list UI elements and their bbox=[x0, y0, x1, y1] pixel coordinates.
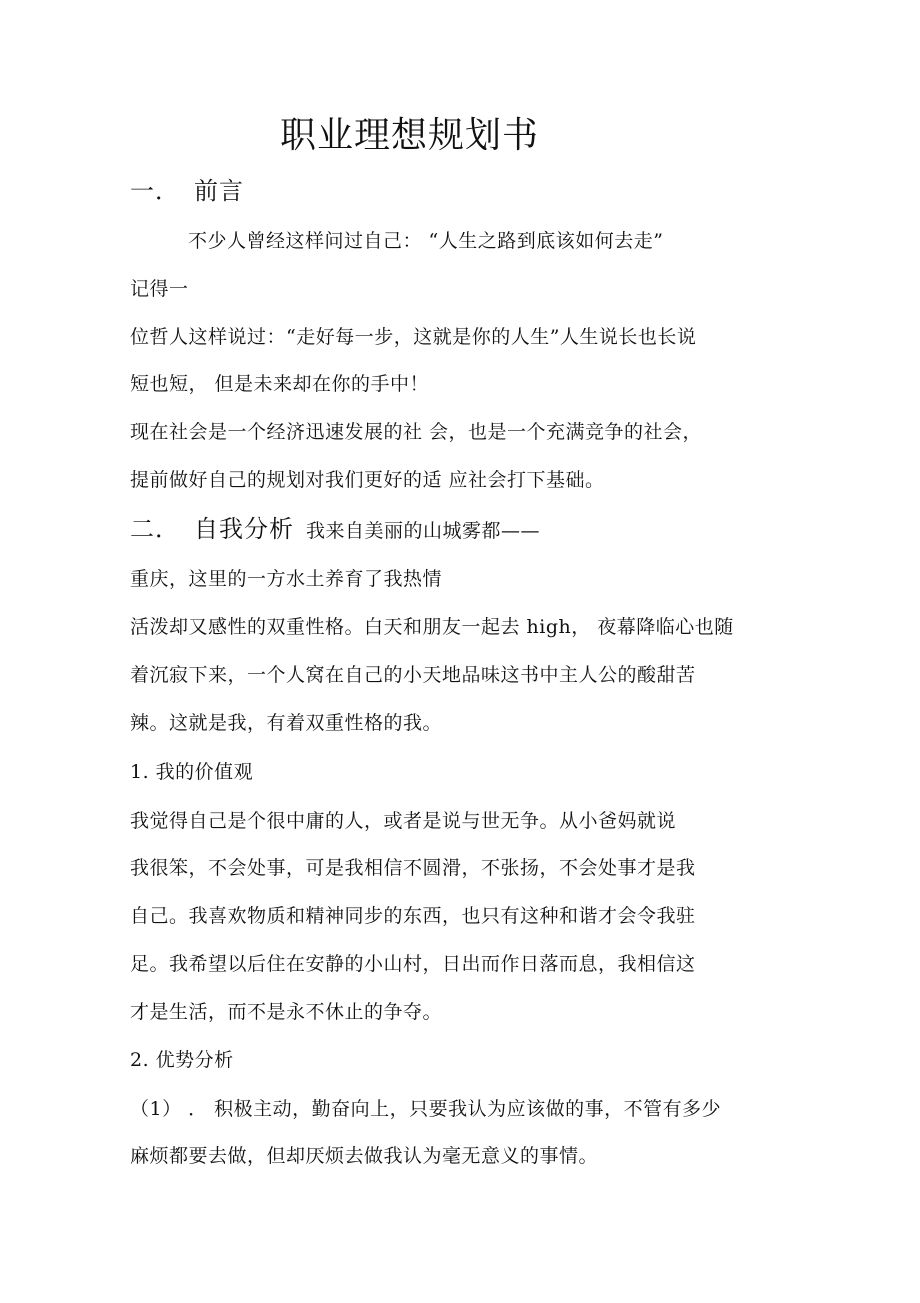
paragraph-line: 足。我希望以后住在安静的小山村，日出而作日落而息，我相信这 bbox=[130, 952, 696, 976]
section-title: 自我分析 bbox=[194, 515, 294, 543]
paragraph-line: 短也短， 但是未来却在你的手中！ bbox=[130, 372, 429, 396]
section-heading-preface: 一．前言 bbox=[130, 176, 244, 206]
paragraph-line: 自己。我喜欢物质和精神同步的东西，也只有这种和谐才会令我驻 bbox=[130, 904, 696, 928]
paragraph-line: 不少人曾经这样问过自己： “人生之路到底该如何去走” bbox=[188, 229, 663, 253]
section-title: 前言 bbox=[194, 177, 244, 205]
section-number: 一． bbox=[130, 177, 180, 205]
paragraph-line: 记得一 bbox=[130, 277, 189, 301]
paragraph-line: 我觉得自己是个很中庸的人，或者是说与世无争。从小爸妈就说 bbox=[130, 809, 676, 833]
paragraph-line: 位哲人这样说过：“走好每一步，这就是你的人生”人生说长也长说 bbox=[130, 325, 696, 349]
paragraph-line: （1） ． 积极主动，勤奋向上，只要我认为应该做的事，不管有多少 bbox=[130, 1097, 721, 1121]
section-inline-text: 我来自美丽的山城雾都—— bbox=[306, 520, 540, 542]
paragraph-line: 我很笨，不会处事，可是我相信不圆滑，不张扬，不会处事才是我 bbox=[130, 856, 696, 880]
paragraph-line: 麻烦都要去做，但却厌烦去做我认为毫无意义的事情。 bbox=[130, 1144, 598, 1168]
paragraph-line: 辣。这就是我，有着双重性格的我。 bbox=[130, 711, 442, 735]
subsection-heading-strengths: 2. 优势分析 bbox=[130, 1048, 234, 1072]
paragraph-line: 现在社会是一个经济迅速发展的社 会，也是一个充满竞争的社会， bbox=[130, 420, 702, 444]
document-title: 职业理想规划书 bbox=[280, 112, 539, 160]
document-page: 职业理想规划书 一．前言 不少人曾经这样问过自己： “人生之路到底该如何去走” … bbox=[0, 0, 920, 1303]
section-heading-self-analysis: 二．自我分析我来自美丽的山城雾都—— bbox=[130, 514, 540, 546]
paragraph-line: 提前做好自己的规划对我们更好的适 应社会打下基础。 bbox=[130, 468, 605, 492]
section-number: 二． bbox=[130, 515, 180, 543]
subsection-heading-values: 1. 我的价值观 bbox=[130, 760, 253, 784]
paragraph-line: 活泼却又感性的双重性格。白天和朋友一起去 high， 夜幕降临心也随 bbox=[130, 615, 734, 639]
paragraph-line: 着沉寂下来，一个人窝在自己的小天地品味这书中主人公的酸甜苦 bbox=[130, 663, 696, 687]
paragraph-line: 才是生活，而不是永不休止的争夺。 bbox=[130, 1000, 442, 1024]
paragraph-line: 重庆，这里的一方水土养育了我热情 bbox=[130, 567, 442, 591]
